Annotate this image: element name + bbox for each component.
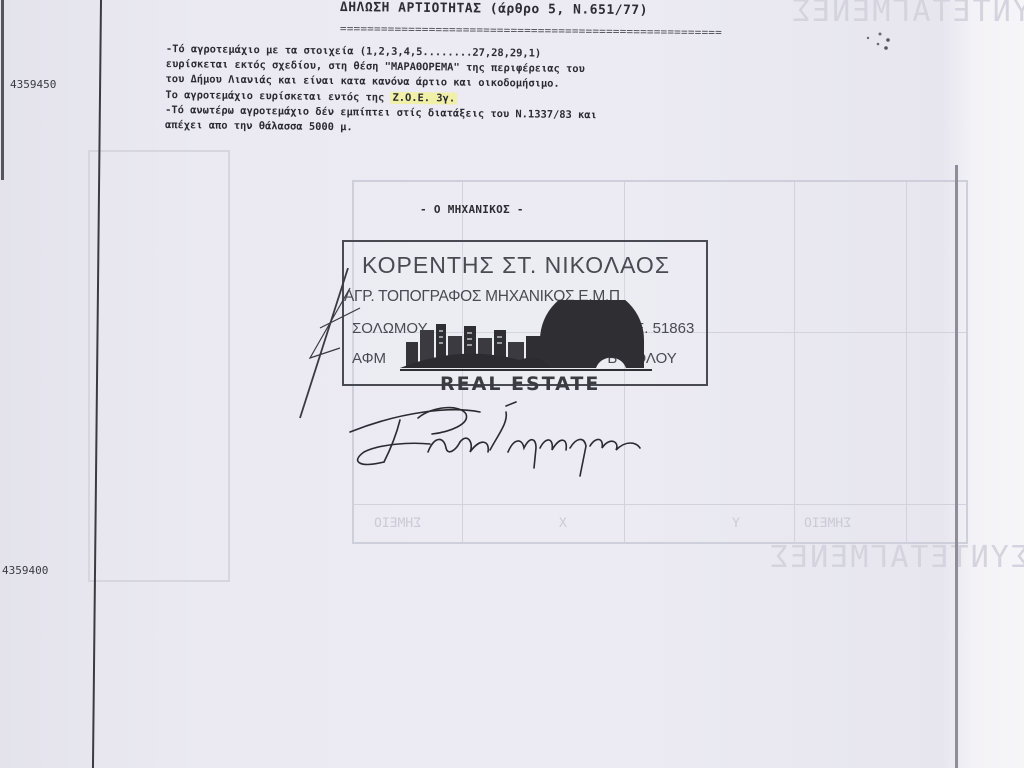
right-border-line <box>955 165 958 768</box>
zoe-line-prefix: Το αγροτεμάχιο ευρίσκεται εντός της <box>165 89 390 104</box>
coordinate-label: 4359400 <box>2 564 48 577</box>
declaration-text: -Τό αγροτεμάχιο με τα στοιχεία (1,2,3,4,… <box>165 42 826 141</box>
scanned-document-page: ΣΥΝΤΕΤΑΓΜΕΝΕΣ ΣΥΝΤΕΤΑΓΜΕΝΕΣ ΣΗΜΕΙΟ Χ Υ Σ… <box>0 0 1024 768</box>
stamp-name: ΚΟΡΕΝΤΗΣ ΣΤ. ΝΙΚΟΛΑΟΣ <box>362 252 670 279</box>
ghost-footer-cell: Υ <box>732 516 740 531</box>
ghost-heading-bottom: ΣΥΝΤΕΤΑΓΜΕΝΕΣ <box>768 540 1024 575</box>
document-title: ΔΗΛΩΣΗ ΑΡΤΙΟΤΗΤΑΣ (άρθρο 5, Ν.651/77) <box>340 0 648 18</box>
ghost-frame <box>88 150 230 582</box>
ghost-heading-top: ΣΥΝΤΕΤΑΓΜΕΝΕΣ <box>790 0 1024 29</box>
engineer-label: - Ο ΜΗΧΑΝΙΚΟΣ - <box>420 203 524 216</box>
ghost-footer-cell: ΣΗΜΕΙΟ <box>374 516 421 531</box>
coordinate-label: 4359450 <box>10 78 56 91</box>
ink-specks-icon <box>864 28 904 56</box>
title-underline: ========================================… <box>340 22 722 39</box>
ghost-footer-cell: Χ <box>559 516 567 531</box>
ghost-footer-cell: ΣΗΜΕΙΟ <box>804 516 851 531</box>
zoe-highlight: Ζ.Ο.Ε. 3γ. <box>390 91 457 104</box>
city-skyline-key-icon <box>400 300 680 380</box>
left-edge-line <box>1 0 4 180</box>
signature-icon <box>340 392 680 482</box>
